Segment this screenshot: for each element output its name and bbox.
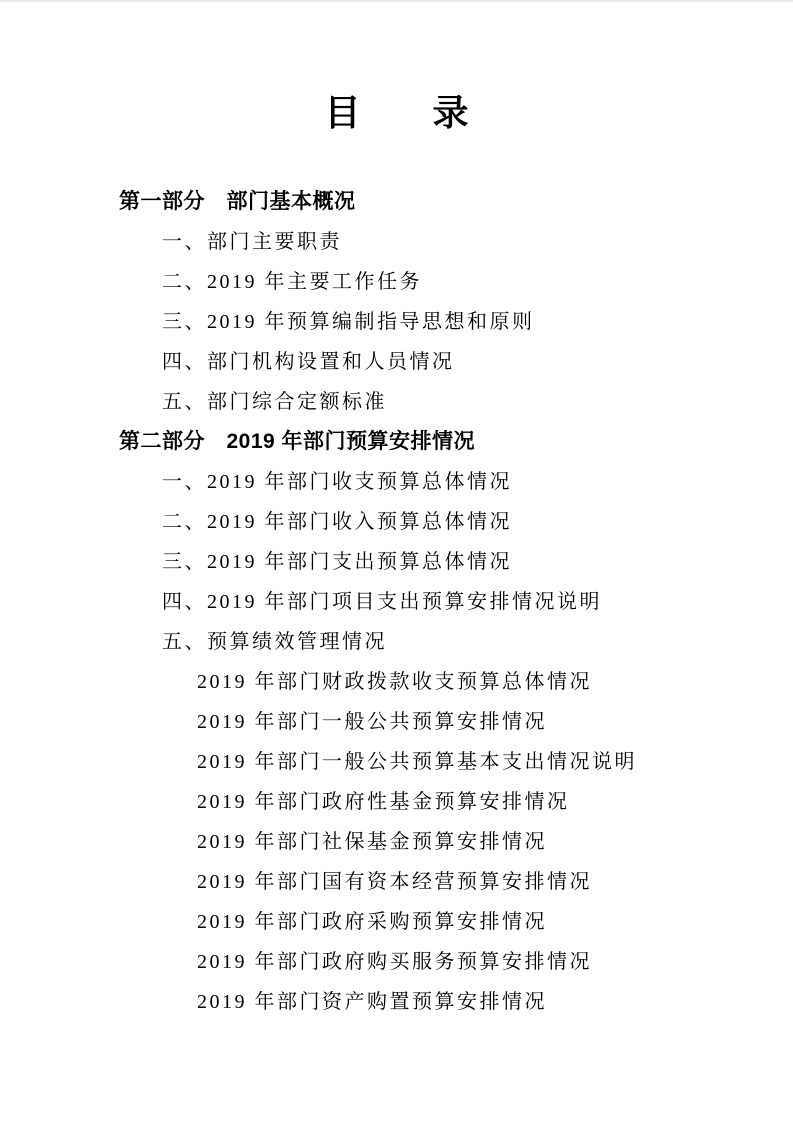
document-page: 目 录 第一部分 部门基本概况 一、部门主要职责 二、2019 年主要工作任务 … xyxy=(0,0,793,1122)
toc-entry: 2019 年部门一般公共预算基本支出情况说明 xyxy=(0,742,793,782)
toc-entry: 四、2019 年部门项目支出预算安排情况说明 xyxy=(0,582,793,622)
toc-entry: 三、2019 年部门支出预算总体情况 xyxy=(0,542,793,582)
toc-entry: 五、部门综合定额标准 xyxy=(0,382,793,422)
toc-entry: 一、2019 年部门收支预算总体情况 xyxy=(0,462,793,502)
toc-entry: 2019 年部门社保基金预算安排情况 xyxy=(0,822,793,862)
toc-entry: 2019 年部门资产购置预算安排情况 xyxy=(0,982,793,1022)
toc-entry: 2019 年部门财政拨款收支预算总体情况 xyxy=(0,662,793,702)
toc-entry: 2019 年部门政府购买服务预算安排情况 xyxy=(0,942,793,982)
toc-entry: 2019 年部门政府性基金预算安排情况 xyxy=(0,782,793,822)
toc-entry: 一、部门主要职责 xyxy=(0,222,793,262)
section-heading-part1: 第一部分 部门基本概况 xyxy=(0,182,793,222)
toc-entry: 三、2019 年预算编制指导思想和原则 xyxy=(0,302,793,342)
toc-entry: 四、部门机构设置和人员情况 xyxy=(0,342,793,382)
toc-entry: 二、2019 年部门收入预算总体情况 xyxy=(0,502,793,542)
section-heading-part2: 第二部分 2019 年部门预算安排情况 xyxy=(0,422,793,462)
toc-entry: 2019 年部门国有资本经营预算安排情况 xyxy=(0,862,793,902)
toc-entry: 2019 年部门政府采购预算安排情况 xyxy=(0,902,793,942)
doc-title: 目 录 xyxy=(0,2,793,134)
toc-list: 第一部分 部门基本概况 一、部门主要职责 二、2019 年主要工作任务 三、20… xyxy=(0,182,793,1022)
toc-entry: 二、2019 年主要工作任务 xyxy=(0,262,793,302)
toc-entry: 五、预算绩效管理情况 xyxy=(0,622,793,662)
toc-entry: 2019 年部门一般公共预算安排情况 xyxy=(0,702,793,742)
